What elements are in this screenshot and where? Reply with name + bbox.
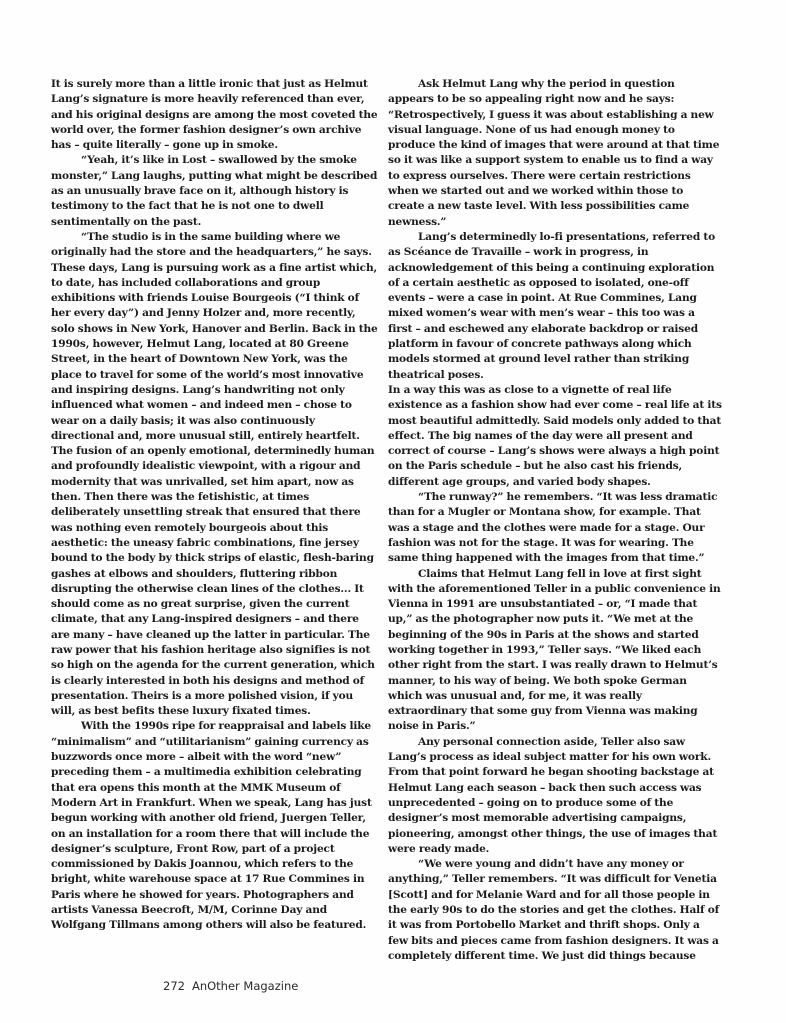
paragraph: “The runway?” he remembers. “It was less… [388,490,722,566]
paragraph: It is surely more than a little ironic t… [51,77,379,153]
paragraph: “We were young and didn’t have any money… [388,857,722,964]
page-number: 272 [163,979,185,993]
publication-name: AnOther Magazine [192,979,298,993]
right-text-column: Ask Helmut Lang why the period in questi… [388,77,722,964]
left-text-column: It is surely more than a little ironic t… [51,77,379,934]
paragraph: Lang’s determinedly lo-fi presentations,… [388,230,722,383]
paragraph: “The studio is in the same building wher… [51,230,379,720]
paragraph: In a way this was as close to a vignette… [388,383,722,490]
paragraph: Claims that Helmut Lang fell in love at … [388,567,722,735]
page-footer: 272AnOther Magazine [163,979,298,993]
paragraph: With the 1990s ripe for reappraisal and … [51,719,379,933]
paragraph: Ask Helmut Lang why the period in questi… [388,77,722,230]
magazine-page: It is surely more than a little ironic t… [0,0,786,1023]
paragraph: Any personal connection aside, Teller al… [388,735,722,857]
paragraph: “Yeah, it’s like in Lost – swallowed by … [51,153,379,229]
